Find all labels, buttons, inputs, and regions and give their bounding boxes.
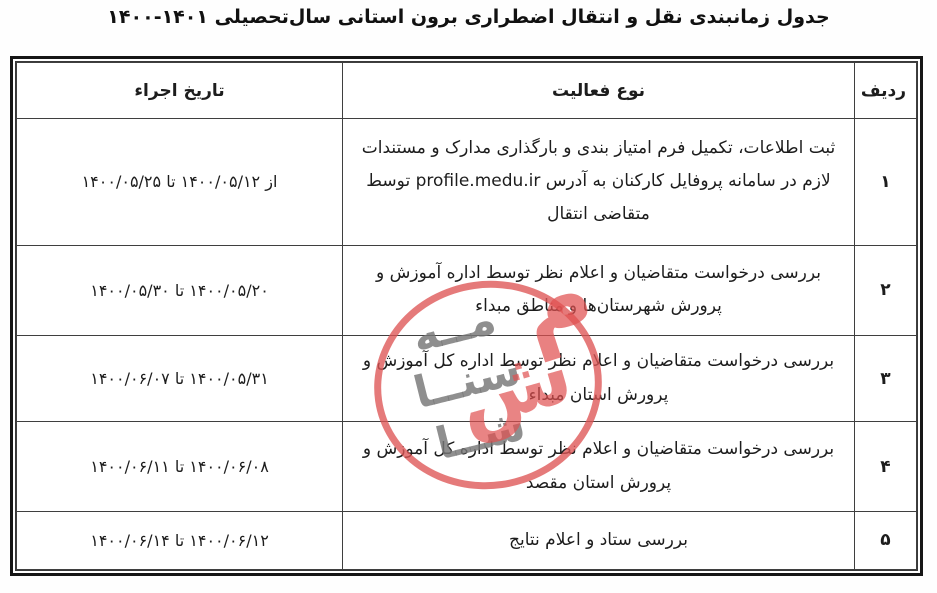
activity-cell: ثبت اطلاعات، تکمیل فرم امتیاز بندی و بار… (343, 119, 855, 246)
activity-cell: بررسی درخواست متقاضیان و اعلام نظر توسط … (343, 245, 855, 335)
table-row: ۵ بررسی ستاد و اعلام نتایج ۱۴۰۰/۰۶/۱۲ تا… (17, 511, 917, 569)
document-title: جدول زمانبندی نقل و انتقال اضطراری برون … (0, 6, 937, 28)
activity-cell: بررسی درخواست متقاضیان و اعلام نظر توسط … (343, 335, 855, 421)
row-number-cell: ۴ (855, 422, 917, 511)
schedule-table-frame: ردیف نوع فعالیت تاریخ اجراء ۱ ثبت اطلاعا… (10, 56, 923, 576)
table-row: ۴ بررسی درخواست متقاضیان و اعلام نظر توس… (17, 422, 917, 511)
table-row: ۳ بررسی درخواست متقاضیان و اعلام نظر توس… (17, 335, 917, 421)
row-number-cell: ۵ (855, 511, 917, 569)
scanned-document-page: جدول زمانبندی نقل و انتقال اضطراری برون … (0, 0, 937, 593)
date-cell: ۱۴۰۰/۰۵/۳۱ تا ۱۴۰۰/۰۶/۰۷ (17, 335, 343, 421)
row-number-cell: ۲ (855, 245, 917, 335)
row-number-cell: ۳ (855, 335, 917, 421)
date-cell: ۱۴۰۰/۰۶/۰۸ تا ۱۴۰۰/۰۶/۱۱ (17, 422, 343, 511)
schedule-table-inner-border: ردیف نوع فعالیت تاریخ اجراء ۱ ثبت اطلاعا… (15, 61, 918, 571)
activity-cell: بررسی ستاد و اعلام نتایج (343, 511, 855, 569)
table-row: ۲ بررسی درخواست متقاضیان و اعلام نظر توس… (17, 245, 917, 335)
date-cell: ۱۴۰۰/۰۵/۲۰ تا ۱۴۰۰/۰۵/۳۰ (17, 245, 343, 335)
header-date: تاریخ اجراء (17, 63, 343, 119)
header-row-number: ردیف (855, 63, 917, 119)
date-cell: ۱۴۰۰/۰۶/۱۲ تا ۱۴۰۰/۰۶/۱۴ (17, 511, 343, 569)
schedule-table: ردیف نوع فعالیت تاریخ اجراء ۱ ثبت اطلاعا… (16, 62, 917, 570)
table-body: ۱ ثبت اطلاعات، تکمیل فرم امتیاز بندی و ب… (17, 119, 917, 570)
date-cell: از ۱۴۰۰/۰۵/۱۲ تا ۱۴۰۰/۰۵/۲۵ (17, 119, 343, 246)
table-row: ۱ ثبت اطلاعات، تکمیل فرم امتیاز بندی و ب… (17, 119, 917, 246)
activity-cell: بررسی درخواست متقاضیان و اعلام نظر توسط … (343, 422, 855, 511)
table-header-row: ردیف نوع فعالیت تاریخ اجراء (17, 63, 917, 119)
row-number-cell: ۱ (855, 119, 917, 246)
header-activity: نوع فعالیت (343, 63, 855, 119)
